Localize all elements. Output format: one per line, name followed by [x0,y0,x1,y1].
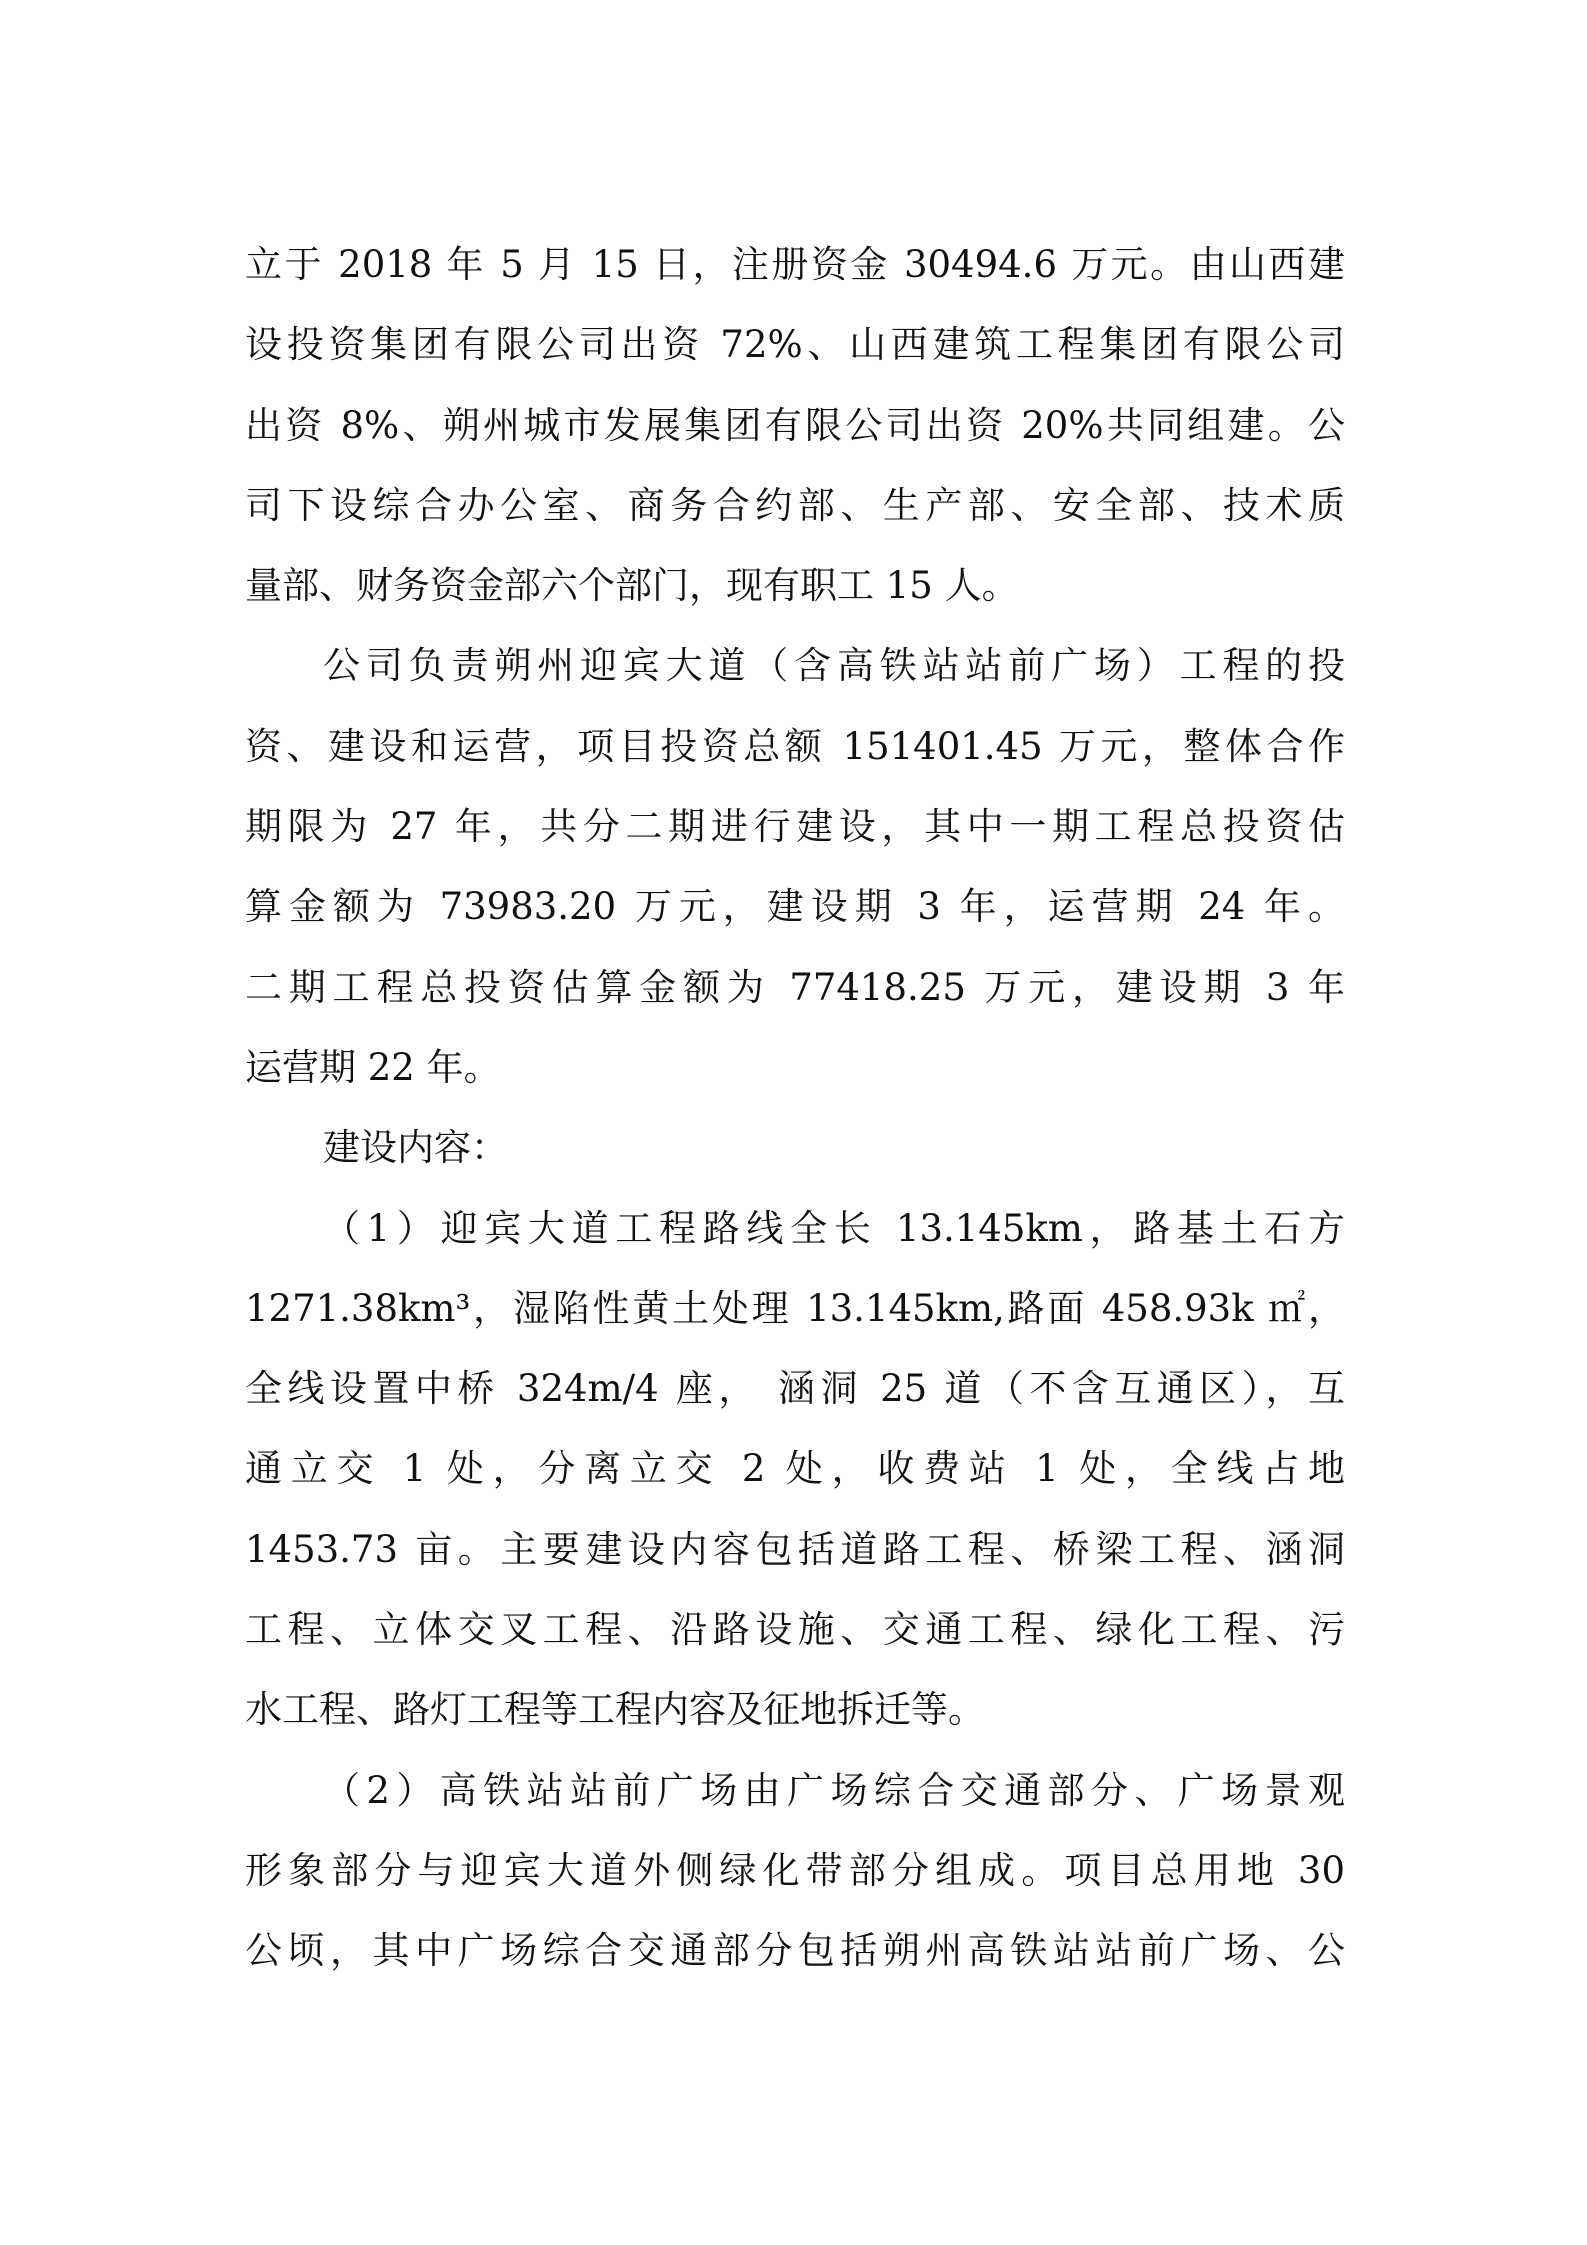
text-line: 通立交 1 处，分离立交 2 处，收费站 1 处，全线占地 [245,1429,1345,1509]
text-line: 期限为 27 年，共分二期进行建设，其中一期工程总投资估 [245,787,1345,867]
list-item-2-station-square: （2）高铁站站前广场由广场综合交通部分、广场景观 形象部分与迎宾大道外侧绿化带部… [245,1751,1345,1992]
text-line: 量部、财务资金部六个部门，现有职工 15 人。 [245,546,1345,626]
text-line: 算金额为 73983.20 万元，建设期 3 年，运营期 24 年。 [245,867,1345,947]
text-line: 水工程、路灯工程等工程内容及征地拆迁等。 [245,1670,1345,1750]
text-line: 二期工程总投资估算金额为 77418.25 万元，建设期 3 年 [245,948,1345,1028]
text-line: 1271.38km³，湿陷性黄土处理 13.145km,路面 458.93k ㎡… [245,1269,1345,1349]
text-line: 设投资集团有限公司出资 72%、山西建筑工程集团有限公司 [245,305,1345,385]
text-line: 出资 8%、朔州城市发展集团有限公司出资 20%共同组建。公 [245,386,1345,466]
section-heading-construction-content: 建设内容： [245,1108,1345,1188]
text-line: 全线设置中桥 324m/4 座， 涵洞 25 道（不含互通区），互 [245,1349,1345,1429]
document-body: 立于 2018 年 5 月 15 日，注册资金 30494.6 万元。由山西建 … [245,225,1345,1992]
text-line: 立于 2018 年 5 月 15 日，注册资金 30494.6 万元。由山西建 [245,225,1345,305]
text-line: 1453.73 亩。主要建设内容包括道路工程、桥梁工程、涵洞 [245,1510,1345,1590]
document-page: 立于 2018 年 5 月 15 日，注册资金 30494.6 万元。由山西建 … [0,0,1587,2245]
paragraph-company-intro: 立于 2018 年 5 月 15 日，注册资金 30494.6 万元。由山西建 … [245,225,1345,626]
text-line: （1）迎宾大道工程路线全长 13.145km，路基土石方 [245,1189,1345,1269]
paragraph-project-investment: 公司负责朔州迎宾大道（含高铁站站前广场）工程的投 资、建设和运营，项目投资总额 … [245,626,1345,1108]
text-line: 运营期 22 年。 [245,1028,1345,1108]
text-line: 公司负责朔州迎宾大道（含高铁站站前广场）工程的投 [245,626,1345,706]
text-line: 资、建设和运营，项目投资总额 151401.45 万元，整体合作 [245,707,1345,787]
section-heading: 建设内容： [245,1108,1345,1188]
text-line: 工程、立体交叉工程、沿路设施、交通工程、绿化工程、污 [245,1590,1345,1670]
text-line: 形象部分与迎宾大道外侧绿化带部分组成。项目总用地 30 [245,1831,1345,1911]
text-line: 公顷，其中广场综合交通部分包括朔州高铁站站前广场、公 [245,1911,1345,1991]
text-line: 司下设综合办公室、商务合约部、生产部、安全部、技术质 [245,466,1345,546]
text-line: （2）高铁站站前广场由广场综合交通部分、广场景观 [245,1751,1345,1831]
list-item-1-boulevard: （1）迎宾大道工程路线全长 13.145km，路基土石方 1271.38km³，… [245,1189,1345,1751]
